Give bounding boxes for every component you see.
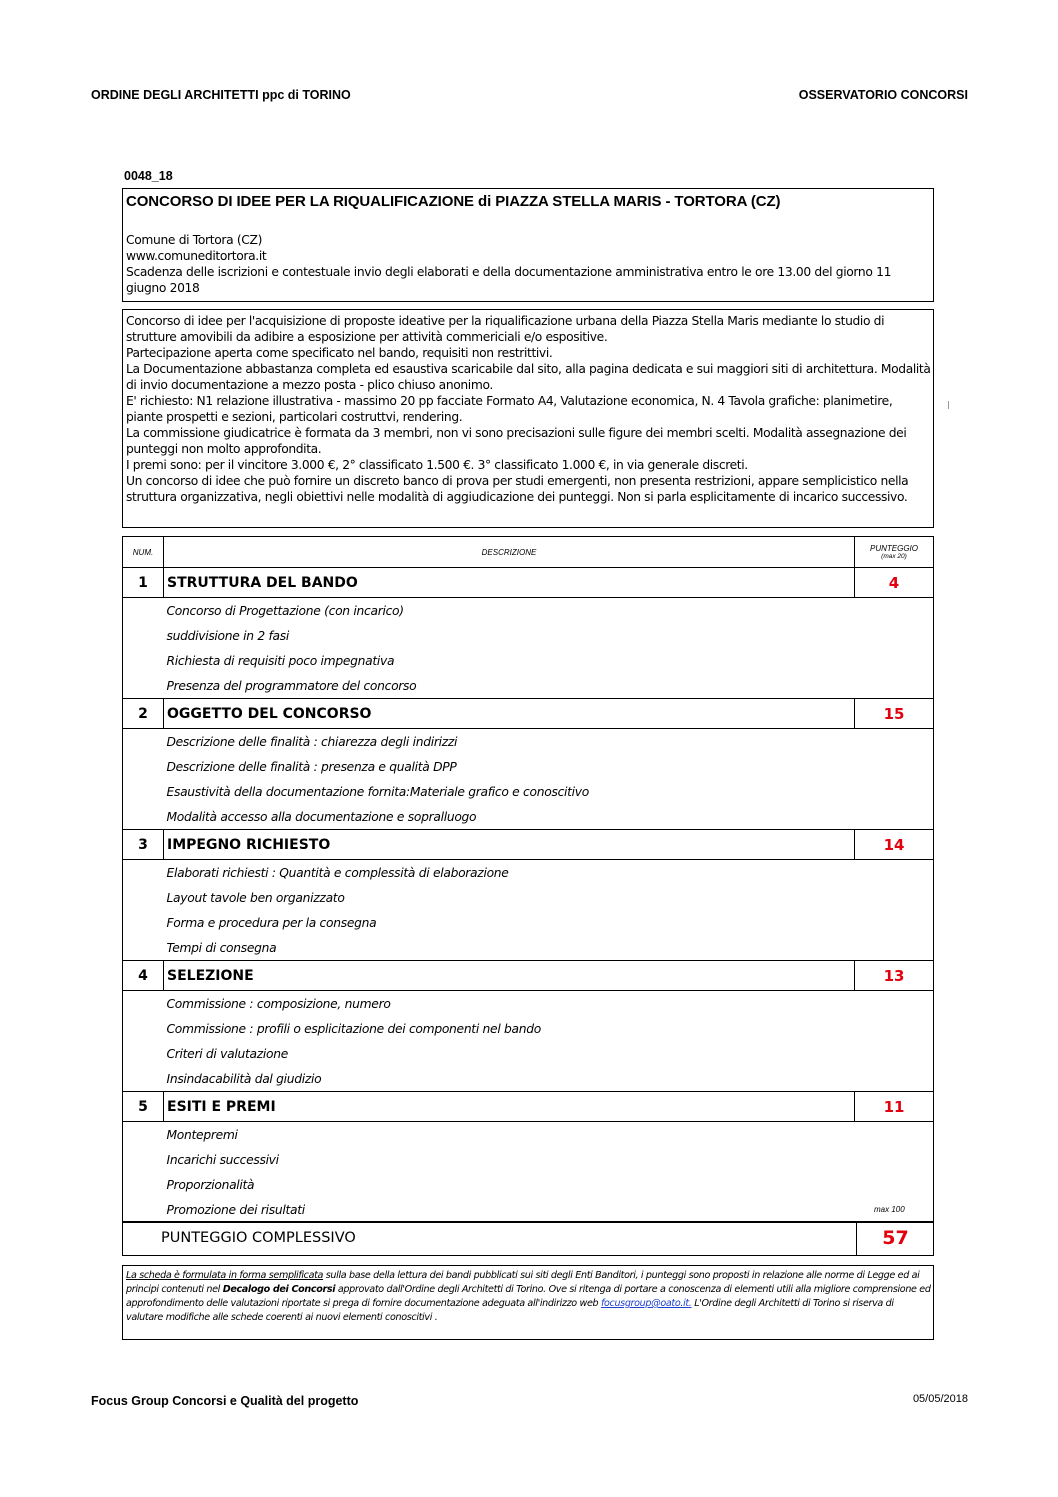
header-organization: ORDINE DEGLI ARCHITETTI ppc di TORINO xyxy=(91,88,351,102)
entity-website: www.comuneditortora.it xyxy=(126,248,926,264)
criterion-row: suddivisione in 2 fasi xyxy=(123,623,934,648)
criterion-label: Incarichi successivi xyxy=(164,1147,855,1172)
criterion-spacer xyxy=(123,648,164,673)
header-num: NUM. xyxy=(123,537,164,568)
criterion-spacer xyxy=(123,991,164,1017)
footer-date: 05/05/2018 xyxy=(913,1393,968,1405)
record-code: 0048_18 xyxy=(124,169,173,183)
section-title: ESITI E PREMI xyxy=(164,1092,855,1122)
description-paragraph: La commissione giudicatrice è formata da… xyxy=(126,425,931,457)
criterion-spacer xyxy=(123,1122,164,1148)
criterion-row: Insindacabilità dal giudizio xyxy=(123,1066,934,1092)
criterion-score xyxy=(855,1041,934,1066)
criterion-label: Modalità accesso alla documentazione e s… xyxy=(164,804,855,830)
criterion-score xyxy=(855,779,934,804)
description-text: Concorso di idee per l'acquisizione di p… xyxy=(126,313,931,505)
section-row: 4SELEZIONE13 xyxy=(123,961,934,991)
criterion-row: Layout tavole ben organizzato xyxy=(123,885,934,910)
criterion-spacer xyxy=(123,754,164,779)
section-score: 4 xyxy=(855,568,934,598)
criterion-score xyxy=(855,623,934,648)
criterion-label: Proporzionalità xyxy=(164,1172,855,1197)
criterion-score xyxy=(855,754,934,779)
criterion-score xyxy=(855,804,934,830)
table-header-row: NUM. DESCRIZIONE PUNTEGGIO (max 20) xyxy=(123,537,934,568)
criterion-score xyxy=(855,1066,934,1092)
section-number: 4 xyxy=(123,961,164,991)
criterion-spacer xyxy=(123,623,164,648)
competition-info: Comune di Tortora (CZ) www.comuneditorto… xyxy=(126,232,926,296)
criterion-spacer xyxy=(123,804,164,830)
criterion-spacer xyxy=(123,1147,164,1172)
criterion-label: Presenza del programmatore del concorso xyxy=(164,673,855,699)
section-row: 1STRUTTURA DEL BANDO4 xyxy=(123,568,934,598)
section-number: 2 xyxy=(123,699,164,729)
criterion-score xyxy=(855,885,934,910)
section-score: 13 xyxy=(855,961,934,991)
disclaimer-underlined: La scheda è formulata in forma semplific… xyxy=(126,1270,323,1281)
criterion-label: Tempi di consegna xyxy=(164,935,855,961)
criterion-row: Forma e procedura per la consegna xyxy=(123,910,934,935)
section-title: STRUTTURA DEL BANDO xyxy=(164,568,855,598)
criterion-spacer xyxy=(123,779,164,804)
criterion-spacer xyxy=(123,910,164,935)
section-title: IMPEGNO RICHIESTO xyxy=(164,830,855,860)
section-row: 3IMPEGNO RICHIESTO14 xyxy=(123,830,934,860)
criterion-row: Tempi di consegna xyxy=(123,935,934,961)
criterion-label: Montepremi xyxy=(164,1122,855,1148)
criterion-label: Concorso di Progettazione (con incarico) xyxy=(164,598,855,624)
criterion-row: Richiesta di requisiti poco impegnativa xyxy=(123,648,934,673)
criterion-label: Descrizione delle finalità : presenza e … xyxy=(164,754,855,779)
criterion-spacer xyxy=(123,885,164,910)
description-paragraph: I premi sono: per il vincitore 3.000 €, … xyxy=(126,457,931,473)
score-table: NUM. DESCRIZIONE PUNTEGGIO (max 20) 1STR… xyxy=(122,536,934,1223)
criterion-label: suddivisione in 2 fasi xyxy=(164,623,855,648)
criterion-row: Montepremi xyxy=(123,1122,934,1148)
entity-name: Comune di Tortora (CZ) xyxy=(126,232,926,248)
criterion-label: Criteri di valutazione xyxy=(164,1041,855,1066)
section-score: 11 xyxy=(855,1092,934,1122)
criterion-row: Descrizione delle finalità : chiarezza d… xyxy=(123,729,934,755)
criterion-score xyxy=(855,1122,934,1148)
section-score: 14 xyxy=(855,830,934,860)
criterion-score xyxy=(855,935,934,961)
criterion-score xyxy=(855,598,934,624)
criterion-score xyxy=(855,991,934,1017)
section-row: 5ESITI E PREMI11 xyxy=(123,1092,934,1122)
criterion-row: Proporzionalità xyxy=(123,1172,934,1197)
description-paragraph: Un concorso di idee che può fornire un d… xyxy=(126,473,931,505)
criterion-row: Commissione : composizione, numero xyxy=(123,991,934,1017)
criterion-label: Esaustività della documentazione fornita… xyxy=(164,779,855,804)
total-max-label: max 100 xyxy=(874,1205,905,1214)
criterion-score xyxy=(855,729,934,755)
section-number: 1 xyxy=(123,568,164,598)
header-score-max: (max 20) xyxy=(855,553,933,560)
criterion-label: Descrizione delle finalità : chiarezza d… xyxy=(164,729,855,755)
criterion-spacer xyxy=(123,1016,164,1041)
criterion-score xyxy=(855,673,934,699)
total-score: 57 xyxy=(857,1227,934,1249)
criterion-row: Esaustività della documentazione fornita… xyxy=(123,779,934,804)
header-description: DESCRIZIONE xyxy=(164,537,855,568)
criterion-spacer xyxy=(123,935,164,961)
section-row: 2OGGETTO DEL CONCORSO15 xyxy=(123,699,934,729)
criterion-row: Incarichi successivi xyxy=(123,1147,934,1172)
criterion-label: Promozione dei risultati xyxy=(164,1197,855,1223)
disclaimer-text: La scheda è formulata in forma semplific… xyxy=(126,1269,932,1325)
criterion-row: Descrizione delle finalità : presenza e … xyxy=(123,754,934,779)
criterion-label: Richiesta di requisiti poco impegnativa xyxy=(164,648,855,673)
competition-title: CONCORSO DI IDEE PER LA RIQUALIFICAZIONE… xyxy=(126,193,780,210)
total-box: PUNTEGGIO COMPLESSIVO 57 xyxy=(122,1221,934,1256)
email-link[interactable]: focusgroup@oato.it. xyxy=(601,1298,692,1309)
decalogo-reference: Decalogo dei Concorsi xyxy=(223,1284,335,1295)
deadline-text: Scadenza delle iscrizioni e contestuale … xyxy=(126,264,926,296)
criterion-row: Commissione : profili o esplicitazione d… xyxy=(123,1016,934,1041)
description-paragraph: La Documentazione abbastanza completa ed… xyxy=(126,361,931,393)
criterion-spacer xyxy=(123,1197,164,1223)
criterion-spacer xyxy=(123,598,164,624)
criterion-row: Modalità accesso alla documentazione e s… xyxy=(123,804,934,830)
total-label: PUNTEGGIO COMPLESSIVO xyxy=(161,1230,356,1246)
stray-mark xyxy=(948,401,949,409)
header-section: OSSERVATORIO CONCORSI xyxy=(799,88,968,102)
header-score-label: PUNTEGGIO xyxy=(855,544,933,553)
criterion-spacer xyxy=(123,860,164,886)
criterion-score xyxy=(855,1172,934,1197)
criterion-spacer xyxy=(123,1041,164,1066)
criterion-row: Concorso di Progettazione (con incarico) xyxy=(123,598,934,624)
criterion-spacer xyxy=(123,1066,164,1092)
description-box: Concorso di idee per l'acquisizione di p… xyxy=(122,309,934,528)
section-title: OGGETTO DEL CONCORSO xyxy=(164,699,855,729)
section-number: 5 xyxy=(123,1092,164,1122)
footer-group: Focus Group Concorsi e Qualità del proge… xyxy=(91,1394,358,1408)
criterion-row: Criteri di valutazione xyxy=(123,1041,934,1066)
criterion-row: Presenza del programmatore del concorso xyxy=(123,673,934,699)
criterion-spacer xyxy=(123,673,164,699)
criterion-label: Elaborati richiesti : Quantità e comples… xyxy=(164,860,855,886)
section-number: 3 xyxy=(123,830,164,860)
criterion-row: Elaborati richiesti : Quantità e comples… xyxy=(123,860,934,886)
criterion-score xyxy=(855,1016,934,1041)
title-box: CONCORSO DI IDEE PER LA RIQUALIFICAZIONE… xyxy=(122,188,934,302)
criterion-score xyxy=(855,648,934,673)
description-paragraph: E' richiesto: N1 relazione illustrativa … xyxy=(126,393,931,425)
criterion-score xyxy=(855,910,934,935)
criterion-label: Commissione : composizione, numero xyxy=(164,991,855,1017)
description-paragraph: Concorso di idee per l'acquisizione di p… xyxy=(126,313,931,345)
criterion-score xyxy=(855,1147,934,1172)
criterion-row: Promozione dei risultati xyxy=(123,1197,934,1223)
criterion-label: Forma e procedura per la consegna xyxy=(164,910,855,935)
criterion-label: Insindacabilità dal giudizio xyxy=(164,1066,855,1092)
criterion-spacer xyxy=(123,1172,164,1197)
header-score: PUNTEGGIO (max 20) xyxy=(855,537,934,568)
section-title: SELEZIONE xyxy=(164,961,855,991)
criterion-score xyxy=(855,860,934,886)
section-score: 15 xyxy=(855,699,934,729)
criterion-label: Layout tavole ben organizzato xyxy=(164,885,855,910)
description-paragraph: Partecipazione aperta come specificato n… xyxy=(126,345,931,361)
criterion-spacer xyxy=(123,729,164,755)
disclaimer-box: La scheda è formulata in forma semplific… xyxy=(122,1265,934,1340)
criterion-label: Commissione : profili o esplicitazione d… xyxy=(164,1016,855,1041)
